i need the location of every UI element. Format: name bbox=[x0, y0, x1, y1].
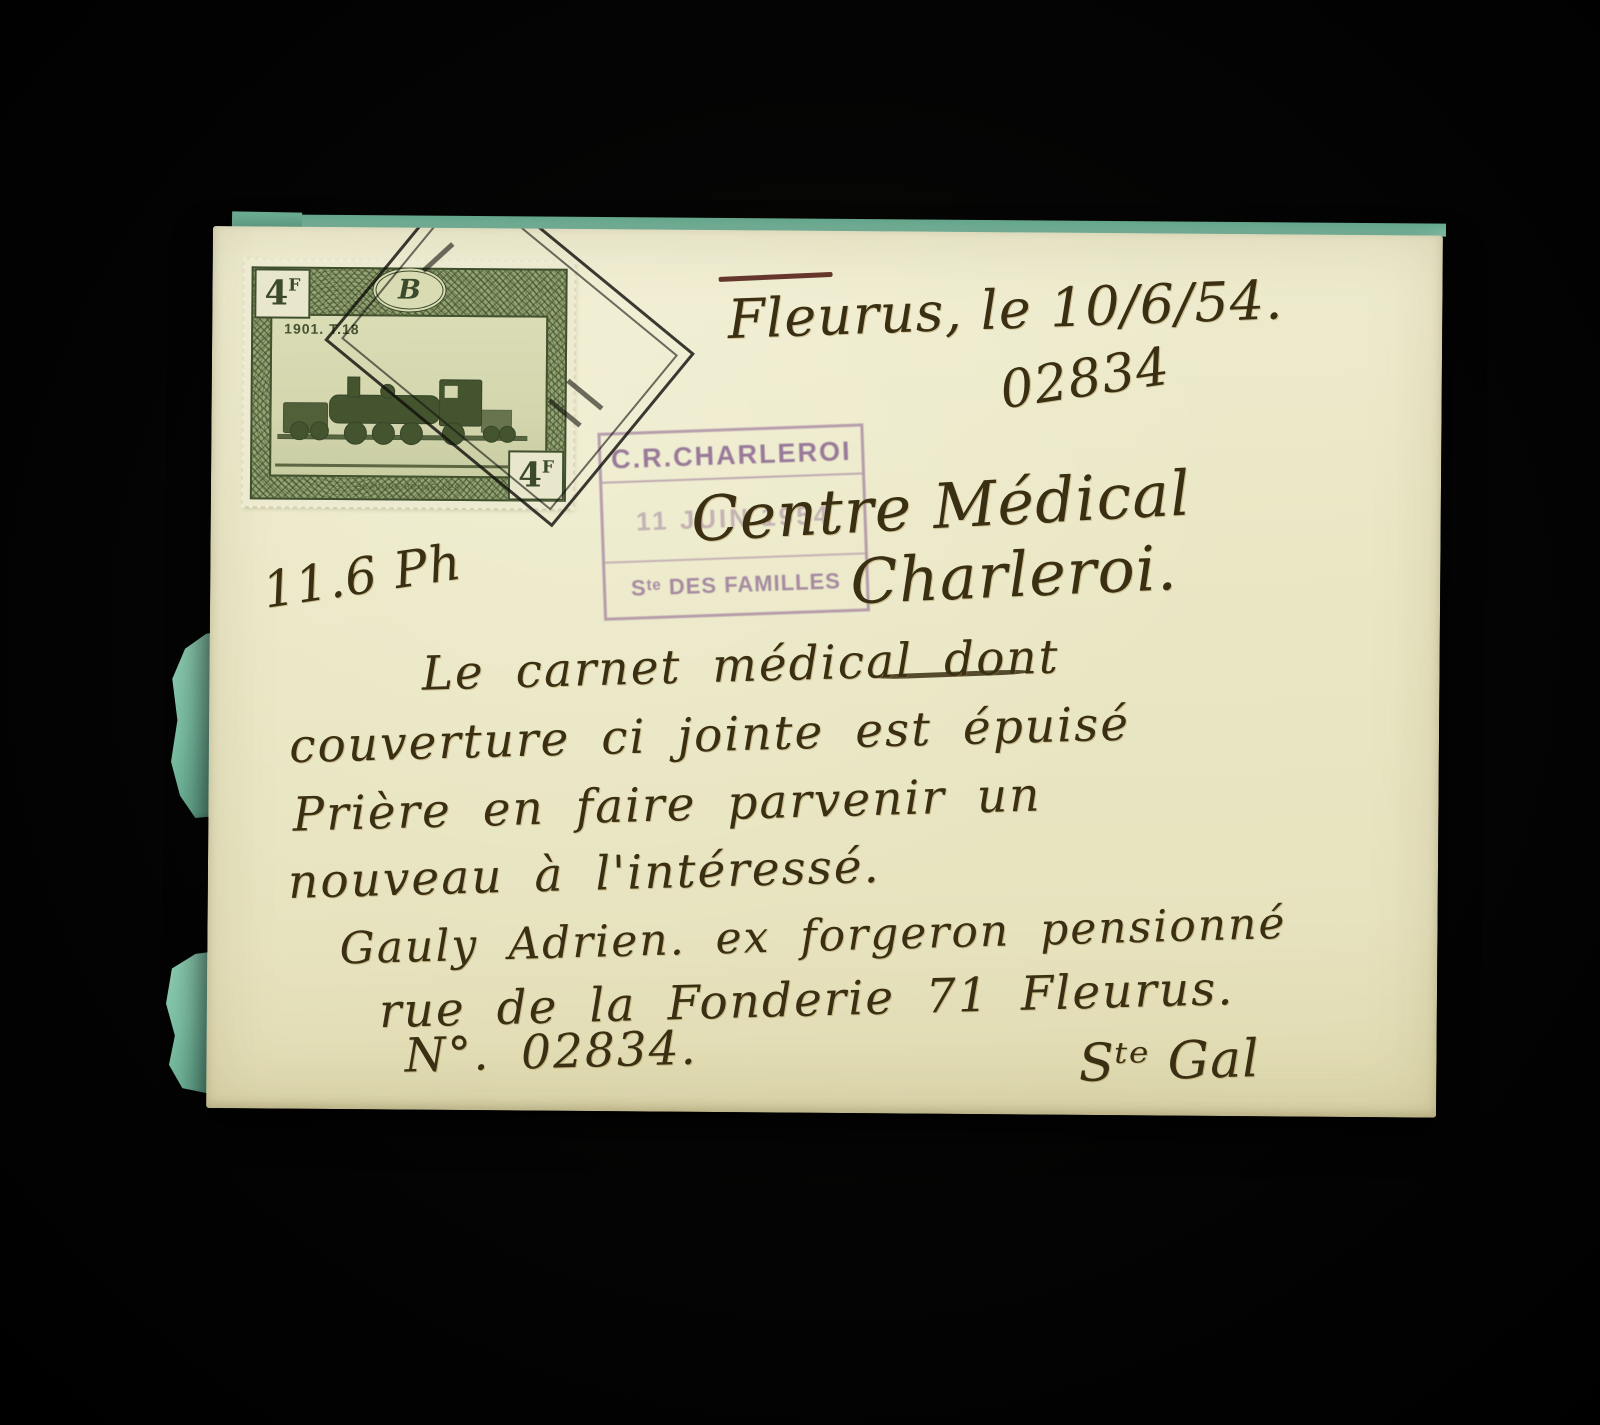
handwriting-recipient-line2: Charleroi. bbox=[849, 531, 1179, 618]
cachet-service-line: Sᵗᵉ DES FAMILLES bbox=[605, 552, 867, 613]
handwriting-received-note: 11.6 Ph bbox=[259, 533, 465, 620]
strikethrough-mark bbox=[719, 272, 833, 282]
handwriting-signature: Sᵗᵉ Gal bbox=[1078, 1029, 1261, 1094]
postcard: 4F B 1901. T.18 bbox=[206, 226, 1443, 1118]
handwriting-body-line: Le carnet médical dont bbox=[421, 630, 1060, 702]
handwriting-body-line: couverture ci jointe est épuisé bbox=[288, 697, 1130, 775]
handwriting-number: 02834 bbox=[996, 337, 1173, 422]
handwriting-body-line: Prière en faire parvenir un bbox=[292, 767, 1042, 842]
handwriting-body-line: nouveau à l'intéressé. bbox=[287, 839, 881, 910]
handwriting-dateline: Fleurus, le 10/6/54. bbox=[726, 268, 1284, 351]
handwriting-body-line: N°. 02834. bbox=[404, 1021, 698, 1084]
stamp-value-number: 4 bbox=[264, 276, 288, 310]
stamp-value-unit: F bbox=[288, 276, 300, 296]
stamp-value-top-left: 4F bbox=[254, 268, 310, 318]
photo-backdrop: 4F B 1901. T.18 bbox=[0, 0, 1600, 1425]
